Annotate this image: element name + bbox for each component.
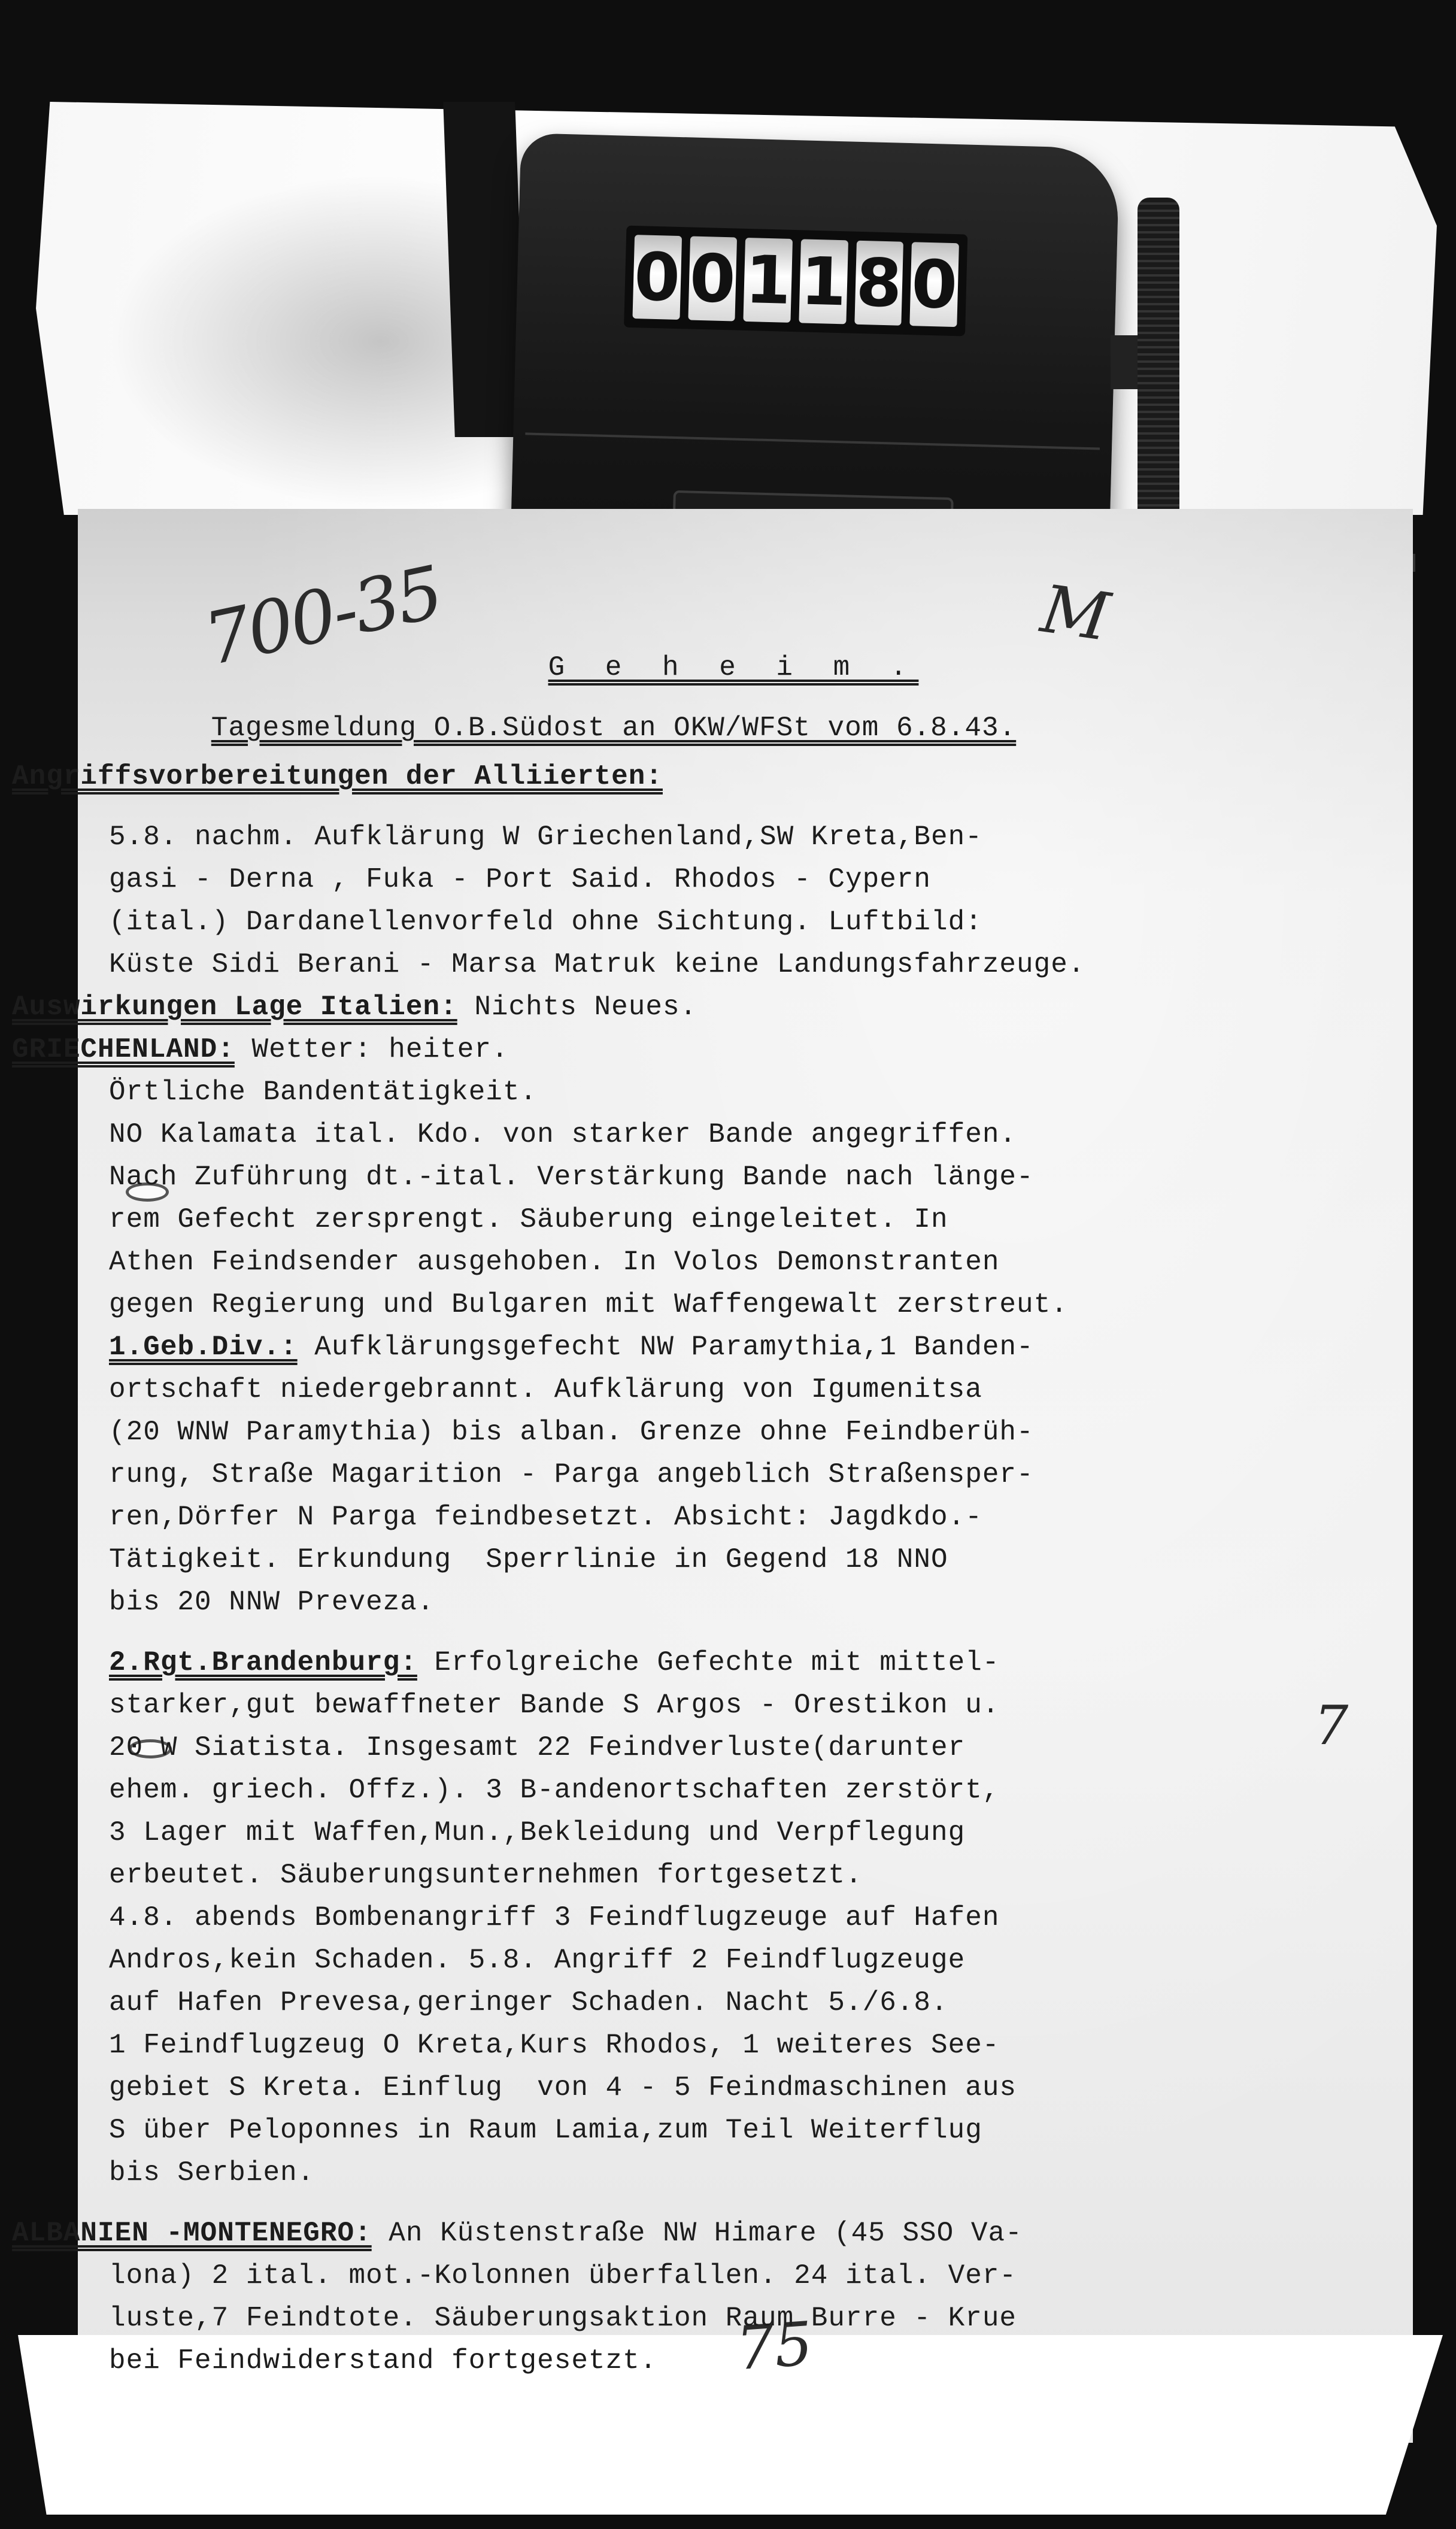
report-section: 1.Geb.Div.: Aufklärungsgefecht NW Paramy… [12,1326,1437,1642]
report-line: Andros,kein Schaden. 5.8. Angriff 2 Fein… [12,1939,1437,1982]
handwritten-initial: M [1037,571,1114,656]
classification-heading: G e h e i m . [299,647,1167,689]
report-line: ortschaft niedergebrannt. Aufklärung von… [12,1369,1437,1411]
report-line: Tätigkeit. Erkundung Sperrlinie in Gegen… [12,1539,1437,1581]
report-line: Örtliche Bandentätigkeit. [12,1071,1437,1114]
section-heading: GRIECHENLAND: [12,1034,235,1065]
report-line: 4.8. abends Bombenangriff 3 Feindflugzeu… [12,1897,1437,1939]
report-section: ALBANIEN -MONTENEGRO: An Küstenstraße NW… [12,2212,1437,2382]
report-line: 5.8. nachm. Aufklärung W Griechenland,SW… [12,816,1437,859]
report-line: bis 20 NNW Preveza. [12,1581,1437,1624]
report-line: bei Feindwiderstand fortgesetzt. [12,2340,1437,2382]
section-heading: Auswirkungen Lage Italien: [12,991,457,1023]
report-section: 2.Rgt.Brandenburg: Erfolgreiche Gefechte… [12,1642,1437,2212]
report-line: 1 Feindflugzeug O Kreta,Kurs Rhodos, 1 w… [12,2024,1437,2067]
section-inline-text: Erfolgreiche Gefechte mit mittel- [417,1647,1000,1678]
report-section: GRIECHENLAND: Wetter: heiter.Örtliche Ba… [12,1029,1437,1326]
report-line: Athen Feindsender ausgehoben. In Volos D… [12,1241,1437,1284]
report-line: NO Kalamata ital. Kdo. von starker Bande… [12,1114,1437,1156]
section-inline-text: Aufklärungsgefecht NW Paramythia,1 Bande… [298,1332,1034,1363]
section-heading-line: 1.Geb.Div.: Aufklärungsgefecht NW Paramy… [12,1326,1437,1369]
report-line: luste,7 Feindtote. Säuberungsaktion Raum… [12,2297,1437,2340]
section-heading-line: ALBANIEN -MONTENEGRO: An Küstenstraße NW… [12,2212,1437,2255]
report-title: Tagesmeldung O.B.Südost an OKW/WFSt vom … [180,707,1048,750]
report-line: bis Serbien. [12,2152,1437,2194]
report-line: ren,Dörfer N Parga feindbesetzt. Absicht… [12,1496,1437,1539]
section-inline-text: Wetter: heiter. [235,1034,509,1065]
report-line: Küste Sidi Berani - Marsa Matruk keine L… [12,944,1437,986]
section-heading: Angriffsvorbereitungen der Alliierten: [12,761,663,792]
report-line: S über Peloponnes in Raum Lamia,zum Teil… [12,2109,1437,2152]
counter-knob [1137,198,1179,533]
report-line: (ital.) Dardanellenvorfeld ohne Sichtung… [12,901,1437,944]
report-line: 3 Lager mit Waffen,Mun.,Bekleidung und V… [12,1812,1437,1854]
report-line: (20 WNW Paramythia) bis alban. Grenze oh… [12,1411,1437,1454]
report-line: 20 W Siatista. Insgesamt 22 Feindverlust… [12,1727,1437,1769]
counter-digit: 0 [910,242,959,327]
report-line: rung, Straße Magarition - Parga angeblic… [12,1454,1437,1496]
report-line: rem Gefecht zersprengt. Säuberung eingel… [12,1199,1437,1241]
report-section: Angriffsvorbereitungen der Alliierten:5.… [12,756,1437,986]
counter-digit: 0 [632,235,681,320]
report-line: erbeutet. Säuberungsunternehmen fortgese… [12,1854,1437,1897]
section-heading: 1.Geb.Div.: [109,1332,298,1363]
report-line: gebiet S Kreta. Einflug von 4 - 5 Feindm… [12,2067,1437,2109]
section-heading-line: 2.Rgt.Brandenburg: Erfolgreiche Gefechte… [12,1642,1437,1684]
counter-seam [525,432,1100,450]
report-line: starker,gut bewaffneter Bande S Argos - … [12,1684,1437,1727]
counter-display: 0 0 1 1 8 0 [624,226,967,336]
report-line: lona) 2 ital. mot.-Kolonnen überfallen. … [12,2255,1437,2297]
report-line: ehem. griech. Offz.). 3 B-andenortschaft… [12,1769,1437,1812]
margin-tick-mark [1413,554,1415,572]
counter-digit: 1 [744,238,793,323]
counter-digit: 0 [688,236,737,321]
section-heading: ALBANIEN -MONTENEGRO: [12,2218,372,2249]
counter-digit: 8 [854,241,903,326]
section-heading-line: Auswirkungen Lage Italien: Nichts Neues. [12,986,1437,1029]
section-inline-text: Nichts Neues. [457,991,697,1023]
section-heading-line: Angriffsvorbereitungen der Alliierten: [12,756,1437,798]
report-line: Nach Zuführung dt.-ital. Verstärkung Ban… [12,1156,1437,1199]
section-heading-line: GRIECHENLAND: Wetter: heiter. [12,1029,1437,1071]
section-heading: 2.Rgt.Brandenburg: [109,1647,417,1678]
report-line: gasi - Derna , Fuka - Port Said. Rhodos … [12,859,1437,901]
report-section: Auswirkungen Lage Italien: Nichts Neues. [12,986,1437,1029]
report-line: auf Hafen Prevesa,geringer Schaden. Nach… [12,1982,1437,2024]
report-sections: Angriffsvorbereitungen der Alliierten:5.… [12,756,1437,2382]
section-inline-text: An Küstenstraße NW Himare (45 SSO Va- [372,2218,1023,2249]
counter-digit: 1 [799,239,848,324]
typewritten-report: G e h e i m . Tagesmeldung O.B.Südost an… [299,647,1437,2382]
report-line: gegen Regierung und Bulgaren mit Waffeng… [12,1284,1437,1326]
